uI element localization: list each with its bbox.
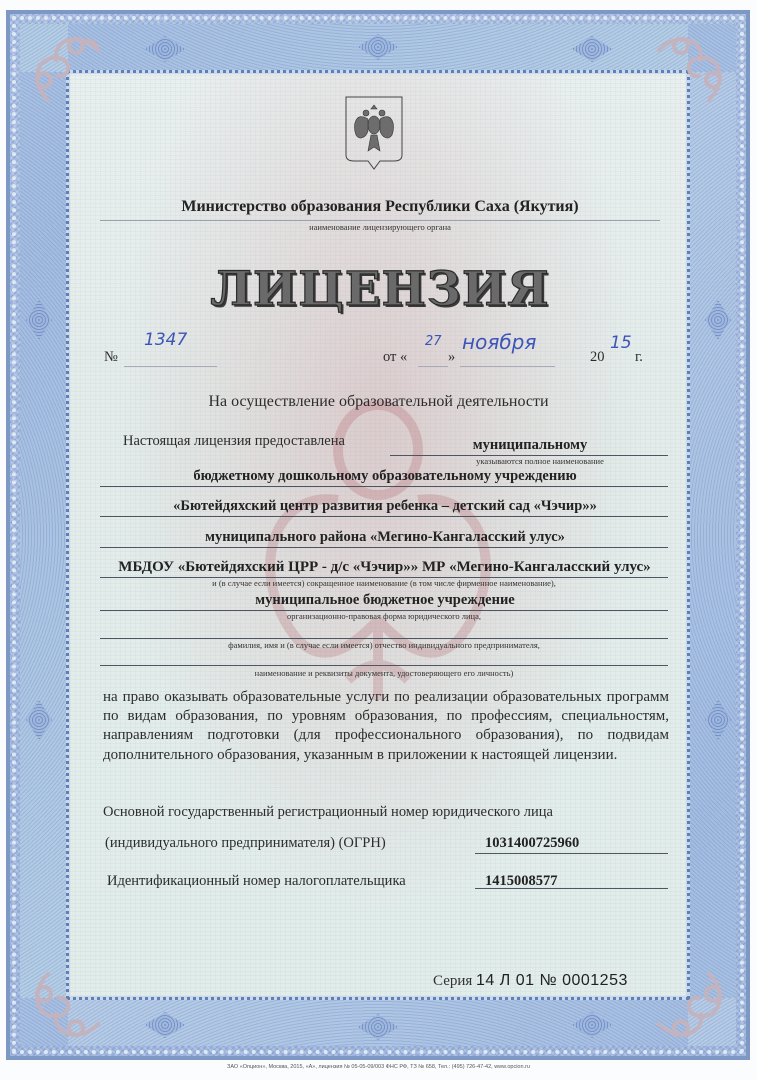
month-underline (460, 366, 555, 367)
licensee-name-line-1: муниципальному (390, 437, 670, 454)
date-month: ноября (462, 330, 536, 354)
ogrn-label-line-2: (индивидуального предпринимателя) (ОГРН) (105, 835, 386, 852)
rights-paragraph: на право оказывать образовательные услуг… (103, 688, 669, 765)
identity-underline (100, 665, 668, 666)
date-day: 27 (425, 334, 442, 349)
full-name-caption: указываются полное наименование (420, 456, 660, 466)
licensee-underline-3 (100, 516, 668, 517)
corner-scroll-ornament-icon (649, 964, 739, 1054)
day-underline (418, 366, 448, 367)
licensee-short-name: МБДОУ «Бютейдяхский ЦРР - д/с «Чэчир»» М… (92, 559, 677, 576)
year-suffix: 15 (610, 333, 632, 353)
license-purpose: На осуществление образовательной деятель… (0, 393, 757, 411)
short-name-caption: и (в случае если имеется) сокращенное на… (100, 578, 668, 588)
document-title: ЛИЦЕНЗИЯ (200, 262, 560, 317)
identity-caption: наименование и реквизиты документа, удос… (100, 668, 668, 678)
legal-form: муниципальное бюджетное учреждение (100, 592, 670, 609)
serial-number: 14 Л 01 № 0001253 (476, 972, 628, 989)
date-quote-close: » (448, 349, 455, 366)
individual-caption: фамилия, имя и (в случае если имеется) о… (100, 640, 668, 650)
corner-scroll-ornament-icon (18, 20, 108, 110)
inn-underline (475, 888, 668, 889)
licensee-name-line-3: «Бютейдяхский центр развития ребенка – д… (100, 498, 670, 515)
licensee-name-line-2: бюджетному дошкольному образовательному … (100, 468, 670, 485)
authority-caption: наименование лицензирующего органа (200, 222, 560, 232)
licensee-underline-4 (100, 547, 668, 548)
individual-underline (100, 638, 668, 639)
licensee-underline-2 (100, 486, 668, 487)
number-underline (124, 366, 217, 367)
corner-scroll-ornament-icon (18, 964, 108, 1054)
inn-label: Идентификационный номер налогоплательщик… (107, 873, 406, 890)
year-prefix: 20 (590, 349, 605, 366)
date-from-label: от « (383, 349, 407, 366)
serial-label: Серия (433, 973, 472, 989)
licensee-name-line-4: муниципального района «Мегино-Кангаласск… (100, 529, 670, 546)
ogrn-underline (475, 853, 668, 854)
legal-form-caption: организационно-правовая форма юридическо… (100, 611, 668, 621)
corner-scroll-ornament-icon (649, 20, 739, 110)
year-unit: г. (635, 349, 643, 366)
form-serial: Серия 14 Л 01 № 0001253 (433, 972, 628, 990)
number-label: № (104, 349, 118, 366)
granted-to-label: Настоящая лицензия предоставлена (123, 433, 345, 450)
ogrn-value: 1031400725960 (485, 835, 579, 852)
coat-of-arms-icon (344, 95, 404, 171)
licensing-authority-name: Министерство образования Республики Саха… (140, 198, 620, 216)
printer-imprint: ЗАО «Опцион», Москва, 2015, «А», лицензи… (0, 1064, 757, 1070)
license-number: 1347 (144, 330, 187, 350)
authority-underline (100, 220, 660, 221)
ogrn-label-line-1: Основной государственный регистрационный… (103, 804, 553, 821)
